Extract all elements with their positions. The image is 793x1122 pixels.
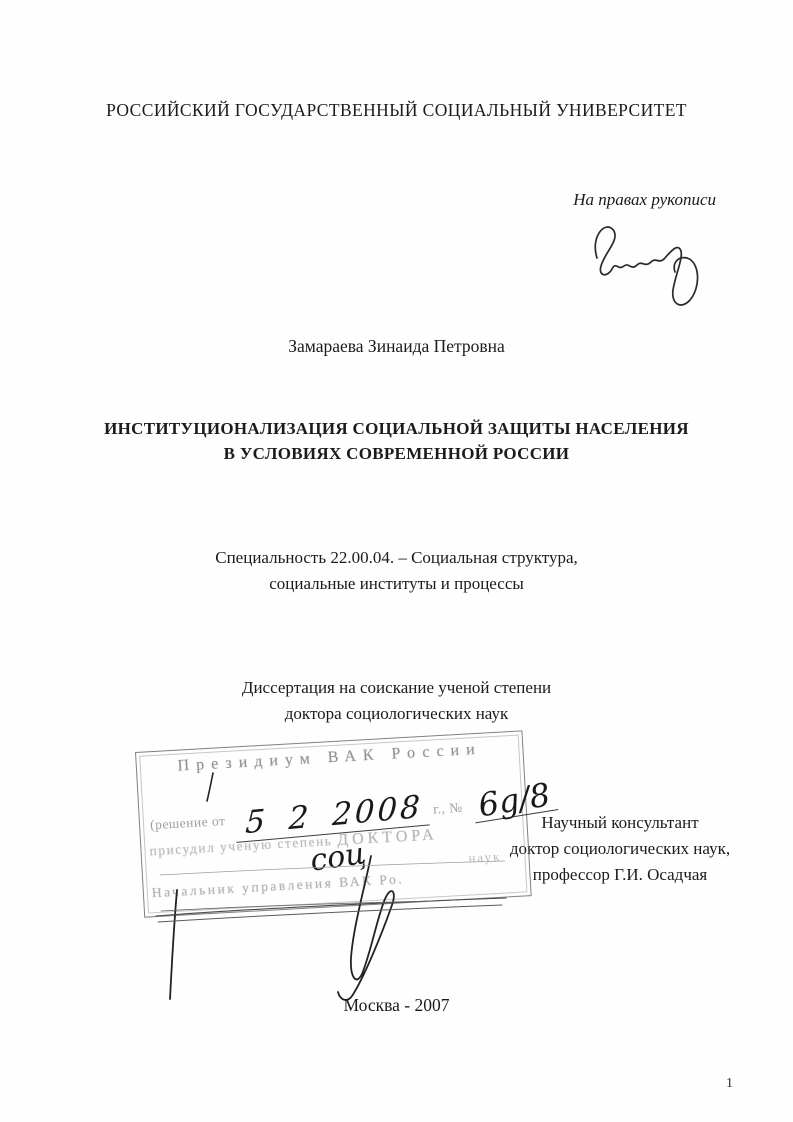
specialty-line1: Специальность 22.00.04. – Социальная стр…	[0, 548, 793, 568]
dissertation-title-line1: ИНСТИТУЦИОНАЛИЗАЦИЯ СОЦИАЛЬНОЙ ЗАЩИТЫ НА…	[0, 419, 793, 439]
vak-approval-stamp: Президиум ВАК России (решение от5 2 2008…	[135, 730, 532, 917]
author-name: Замараева Зинаида Петровна	[0, 336, 793, 357]
dissertation-title-line2: В УСЛОВИЯХ СОВРЕМЕННОЙ РОССИИ	[0, 444, 793, 464]
dissertation-type-line2: доктора социологических наук	[0, 704, 793, 724]
stamp-nauk-word: наук	[468, 849, 502, 867]
stamp-decision-label: (решение от	[150, 813, 226, 832]
page-number: 1	[726, 1076, 733, 1092]
dissertation-title-page: РОССИЙСКИЙ ГОСУДАРСТВЕННЫЙ СОЦИАЛЬНЫЙ УН…	[0, 0, 793, 1122]
author-signature-icon	[595, 227, 697, 305]
specialty-line2: социальные институты и процессы	[0, 574, 793, 594]
university-name: РОССИЙСКИЙ ГОСУДАРСТВЕННЫЙ СОЦИАЛЬНЫЙ УН…	[0, 100, 793, 121]
city-year: Москва - 2007	[0, 995, 793, 1016]
dissertation-type-line1: Диссертация на соискание ученой степени	[0, 678, 793, 698]
stamp-number-label: г., №	[433, 800, 463, 817]
manuscript-note: На правах рукописи	[573, 190, 716, 210]
